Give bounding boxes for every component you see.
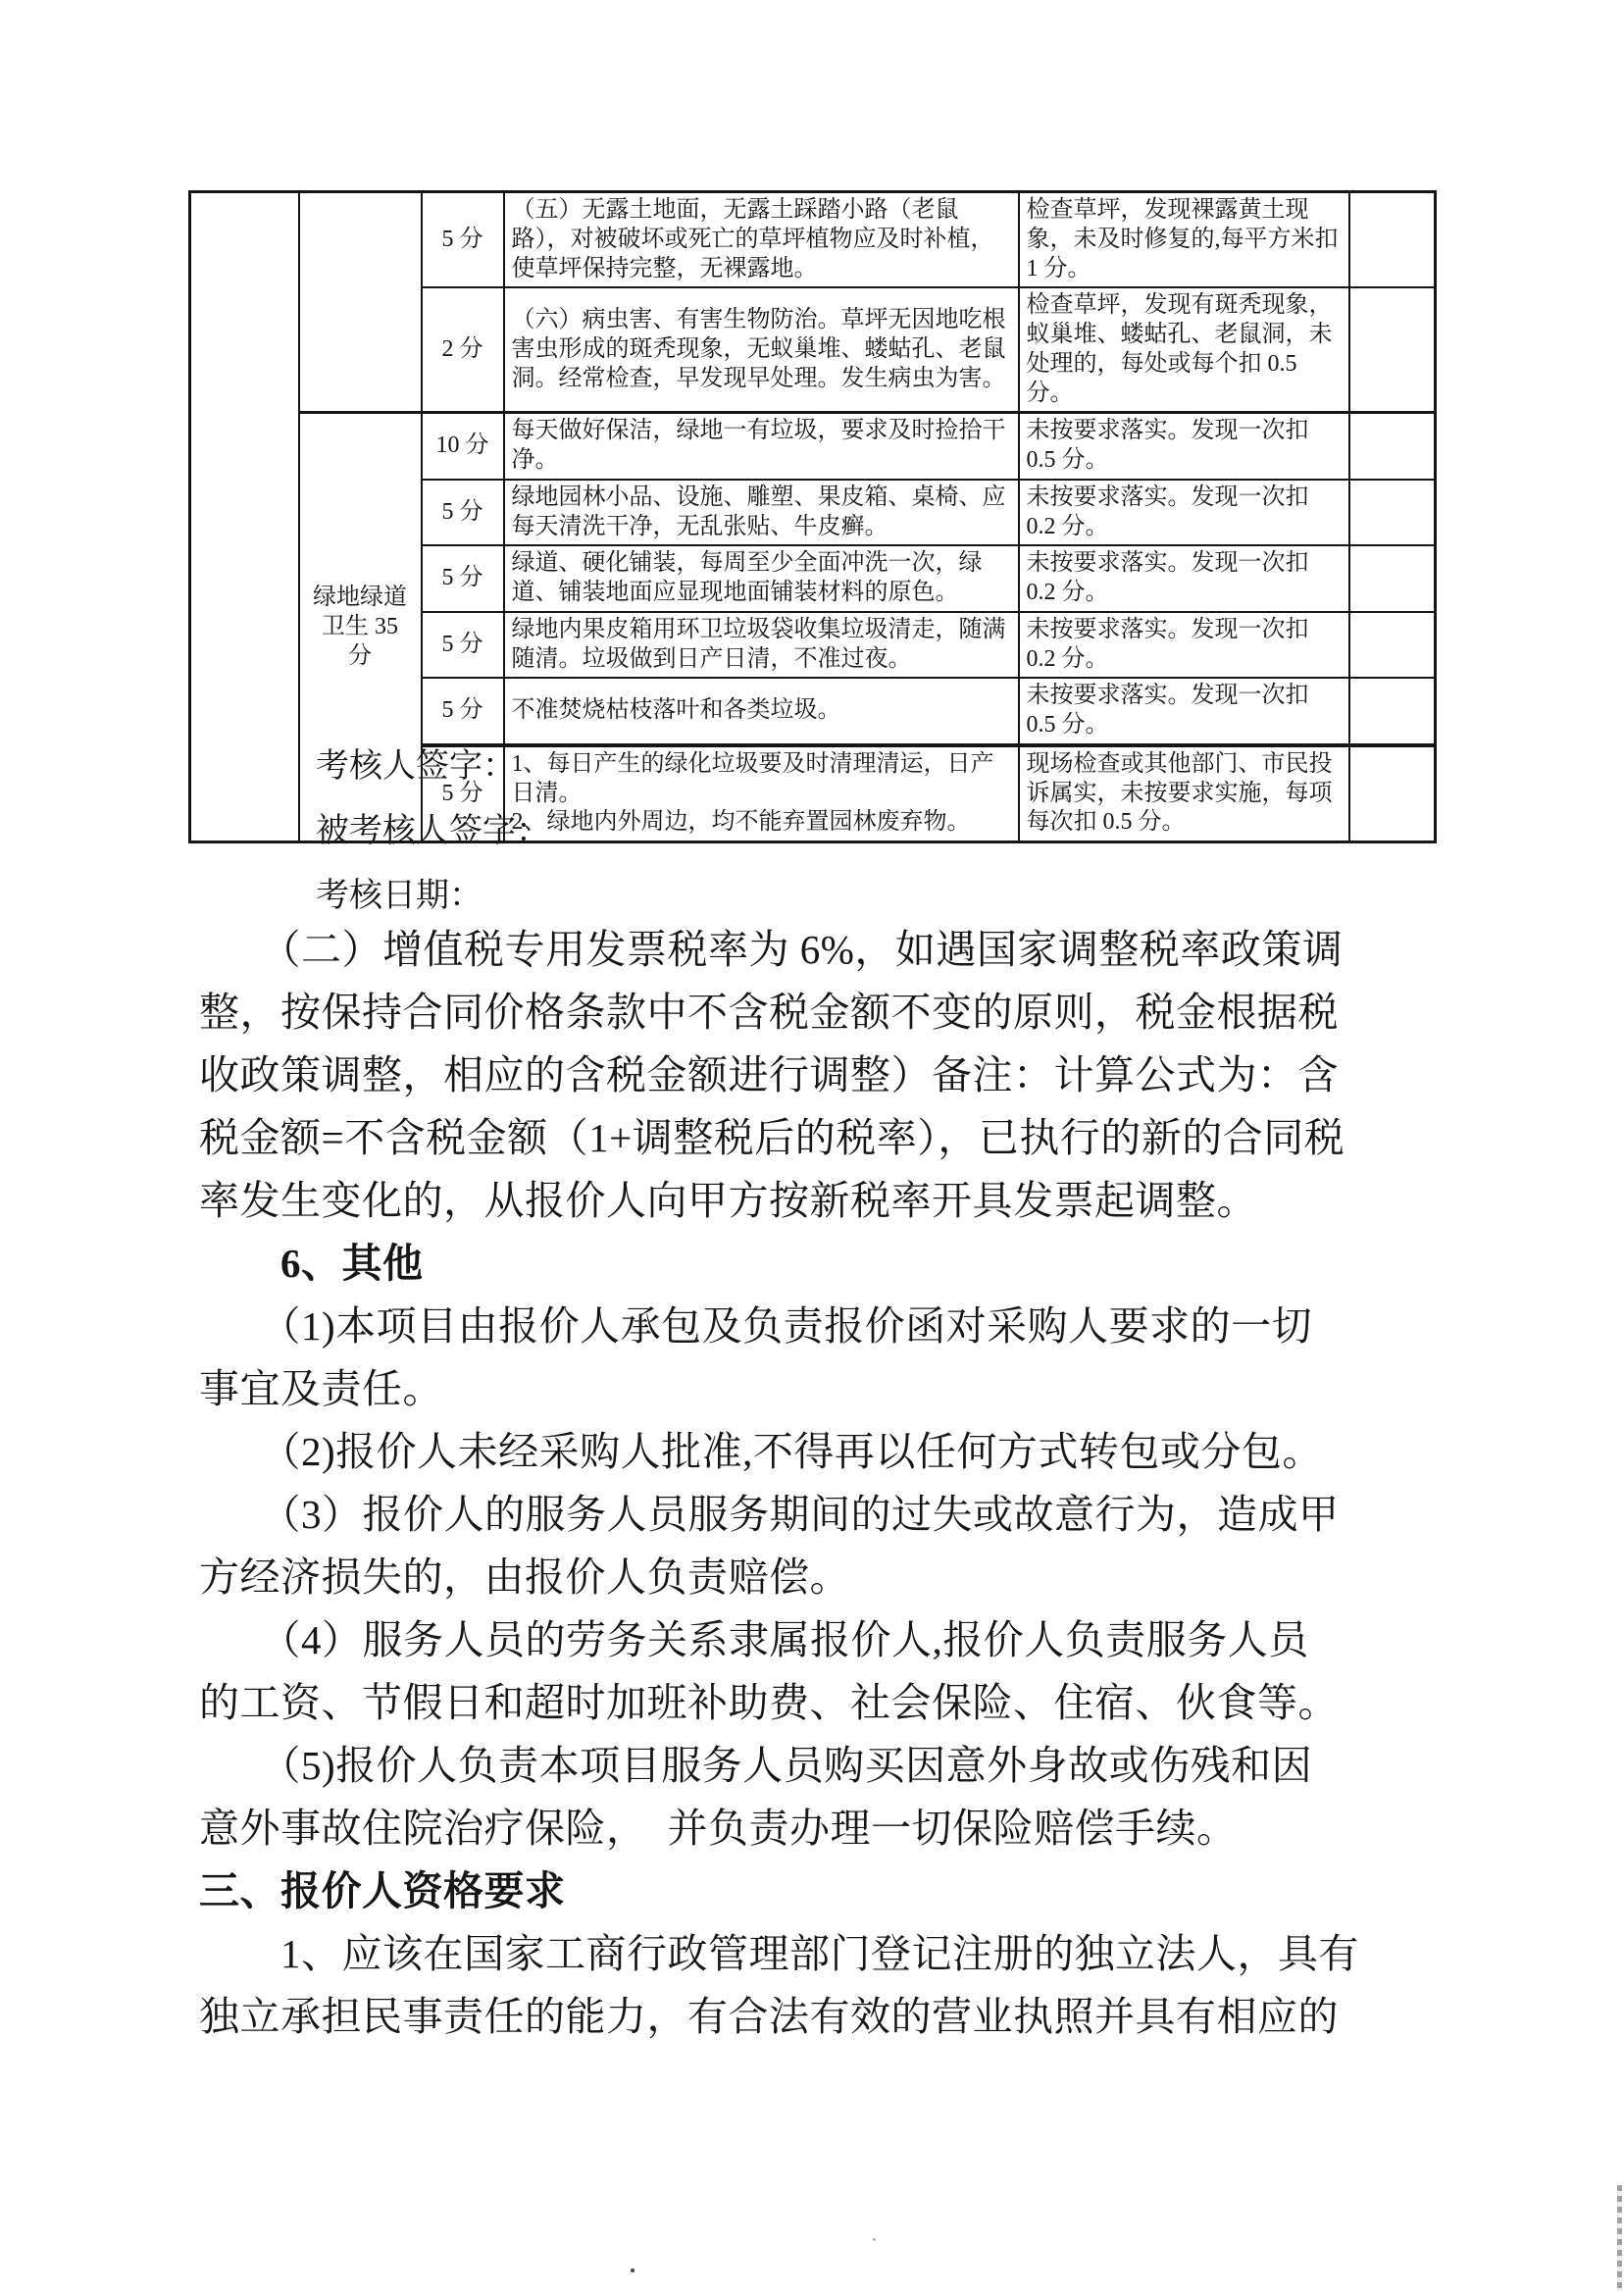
other-item-4: （4）服务人员的劳务关系隶属报价人,报价人负责服务人员 的工资、节假日和超时加班… xyxy=(199,1608,1433,1734)
deduction-cell: 检查草坪，发现有斑秃现象，蚁巢堆、蝼蛄孔、老鼠洞，未处理的，每处或每个扣 0.5… xyxy=(1019,287,1349,413)
deduction-cell: 未按要求落实。发现一次扣 0.2 分。 xyxy=(1019,545,1349,612)
result-cell xyxy=(1349,192,1436,288)
standard-cell: （五）无露土地面，无露土踩踏小路（老鼠路），对被破坏或死亡的草坪植物应及时补植，… xyxy=(504,192,1019,288)
score-cell: 5 分 xyxy=(422,192,504,288)
standard-cell: 不准焚烧枯枝落叶和各类垃圾。 xyxy=(504,678,1019,745)
standard-cell: （六）病虫害、有害生物防治。草坪无因地吃根害虫形成的斑秃现象，无蚁巢堆、蝼蛄孔、… xyxy=(504,287,1019,413)
result-cell xyxy=(1349,678,1436,745)
assessee-signature-label: 被考核人签字： xyxy=(316,812,549,851)
score-cell: 5 分 xyxy=(422,612,504,679)
result-cell xyxy=(1349,612,1436,679)
score-cell: 2 分 xyxy=(422,287,504,413)
result-cell xyxy=(1349,413,1436,480)
other-item-5: （5)报价人负责本项目服务人员购买因意外身故或伤残和因 意外事故住院治疗保险， … xyxy=(199,1734,1433,1860)
scanned-document-page: 5 分 （五）无露土地面，无露土踩踏小路（老鼠路），对被破坏或死亡的草坪植物应及… xyxy=(0,0,1624,2293)
scan-speck xyxy=(873,2238,876,2241)
standard-cell: 1、每日产生的绿化垃圾要及时清理清运，日产日清。 2、绿地内外周边，均不能弃置园… xyxy=(504,745,1019,842)
score-cell: 10 分 xyxy=(422,413,504,480)
table-row: 绿地绿道 卫生 35 分 10 分 每天做好保洁，绿地一有垃圾，要求及时捡拾干净… xyxy=(190,413,1436,480)
category-cell-continued xyxy=(299,192,422,413)
deduction-cell: 未按要求落实。发现一次扣 0.2 分。 xyxy=(1019,480,1349,546)
deduction-cell: 未按要求落实。发现一次扣 0.2 分。 xyxy=(1019,612,1349,679)
assessment-score-table: 5 分 （五）无露土地面，无露土踩踏小路（老鼠路），对被破坏或死亡的草坪植物应及… xyxy=(188,190,1437,843)
standard-cell: 每天做好保洁，绿地一有垃圾，要求及时捡拾干净。 xyxy=(504,413,1019,480)
other-item-1: （1)本项目由报价人承包及负责报价函对采购人要求的一切 事宜及责任。 xyxy=(199,1295,1433,1420)
scan-edge-artifact xyxy=(1617,2185,1622,2291)
standard-cell: 绿地内果皮箱用环卫垃圾袋收集垃圾清走，随满随清。垃圾做到日产日清，不准过夜。 xyxy=(504,612,1019,679)
other-item-3: （3）报价人的服务人员服务期间的过失或故意行为，造成甲 方经济损失的，由报价人负… xyxy=(199,1483,1433,1608)
left-margin-cell xyxy=(190,192,299,842)
result-cell xyxy=(1349,480,1436,546)
standard-cell: 绿道、硬化铺装，每周至少全面冲洗一次，绿道、铺装地面应显现地面铺装材料的原色。 xyxy=(504,545,1019,612)
assessor-signature-label: 考核人签字： xyxy=(316,747,516,787)
assessment-date-label: 考核日期： xyxy=(316,877,482,916)
deduction-cell: 检查草坪，发现裸露黄土现象，未及时修复的,每平方米扣 1 分。 xyxy=(1019,192,1349,288)
body-text: （二）增值税专用发票税率为 6%，如遇国家调整税率政策调 整，按保持合同价格条款… xyxy=(199,918,1433,2048)
result-cell xyxy=(1349,287,1436,413)
qualification-heading: 三、报价人资格要求 xyxy=(199,1860,1433,1922)
result-cell xyxy=(1349,745,1436,842)
other-item-2: （2)报价人未经采购人批准,不得再以任何方式转包或分包。 xyxy=(199,1420,1433,1483)
deduction-cell: 现场检查或其他部门、市民投诉属实，未按要求实施，每项每次扣 0.5 分。 xyxy=(1019,745,1349,842)
qualification-item-1: 1、应该在国家工商行政管理部门登记注册的独立法人，具有 独立承担民事责任的能力，… xyxy=(199,1922,1433,2048)
score-cell: 5 分 xyxy=(422,545,504,612)
standard-cell: 绿地园林小品、设施、雕塑、果皮箱、桌椅、应每天清洗干净，无乱张贴、牛皮癣。 xyxy=(504,480,1019,546)
result-cell xyxy=(1349,545,1436,612)
deduction-cell: 未按要求落实。发现一次扣 0.5 分。 xyxy=(1019,678,1349,745)
tax-rate-paragraph: （二）增值税专用发票税率为 6%，如遇国家调整税率政策调 整，按保持合同价格条款… xyxy=(199,918,1433,1232)
score-cell: 5 分 xyxy=(422,678,504,745)
other-heading: 6、其他 xyxy=(199,1232,1433,1295)
table-row: 5 分 （五）无露土地面，无露土踩踏小路（老鼠路），对被破坏或死亡的草坪植物应及… xyxy=(190,192,1436,288)
score-cell: 5 分 xyxy=(422,480,504,546)
deduction-cell: 未按要求落实。发现一次扣 0.5 分。 xyxy=(1019,413,1349,480)
scan-speck xyxy=(631,2268,634,2272)
